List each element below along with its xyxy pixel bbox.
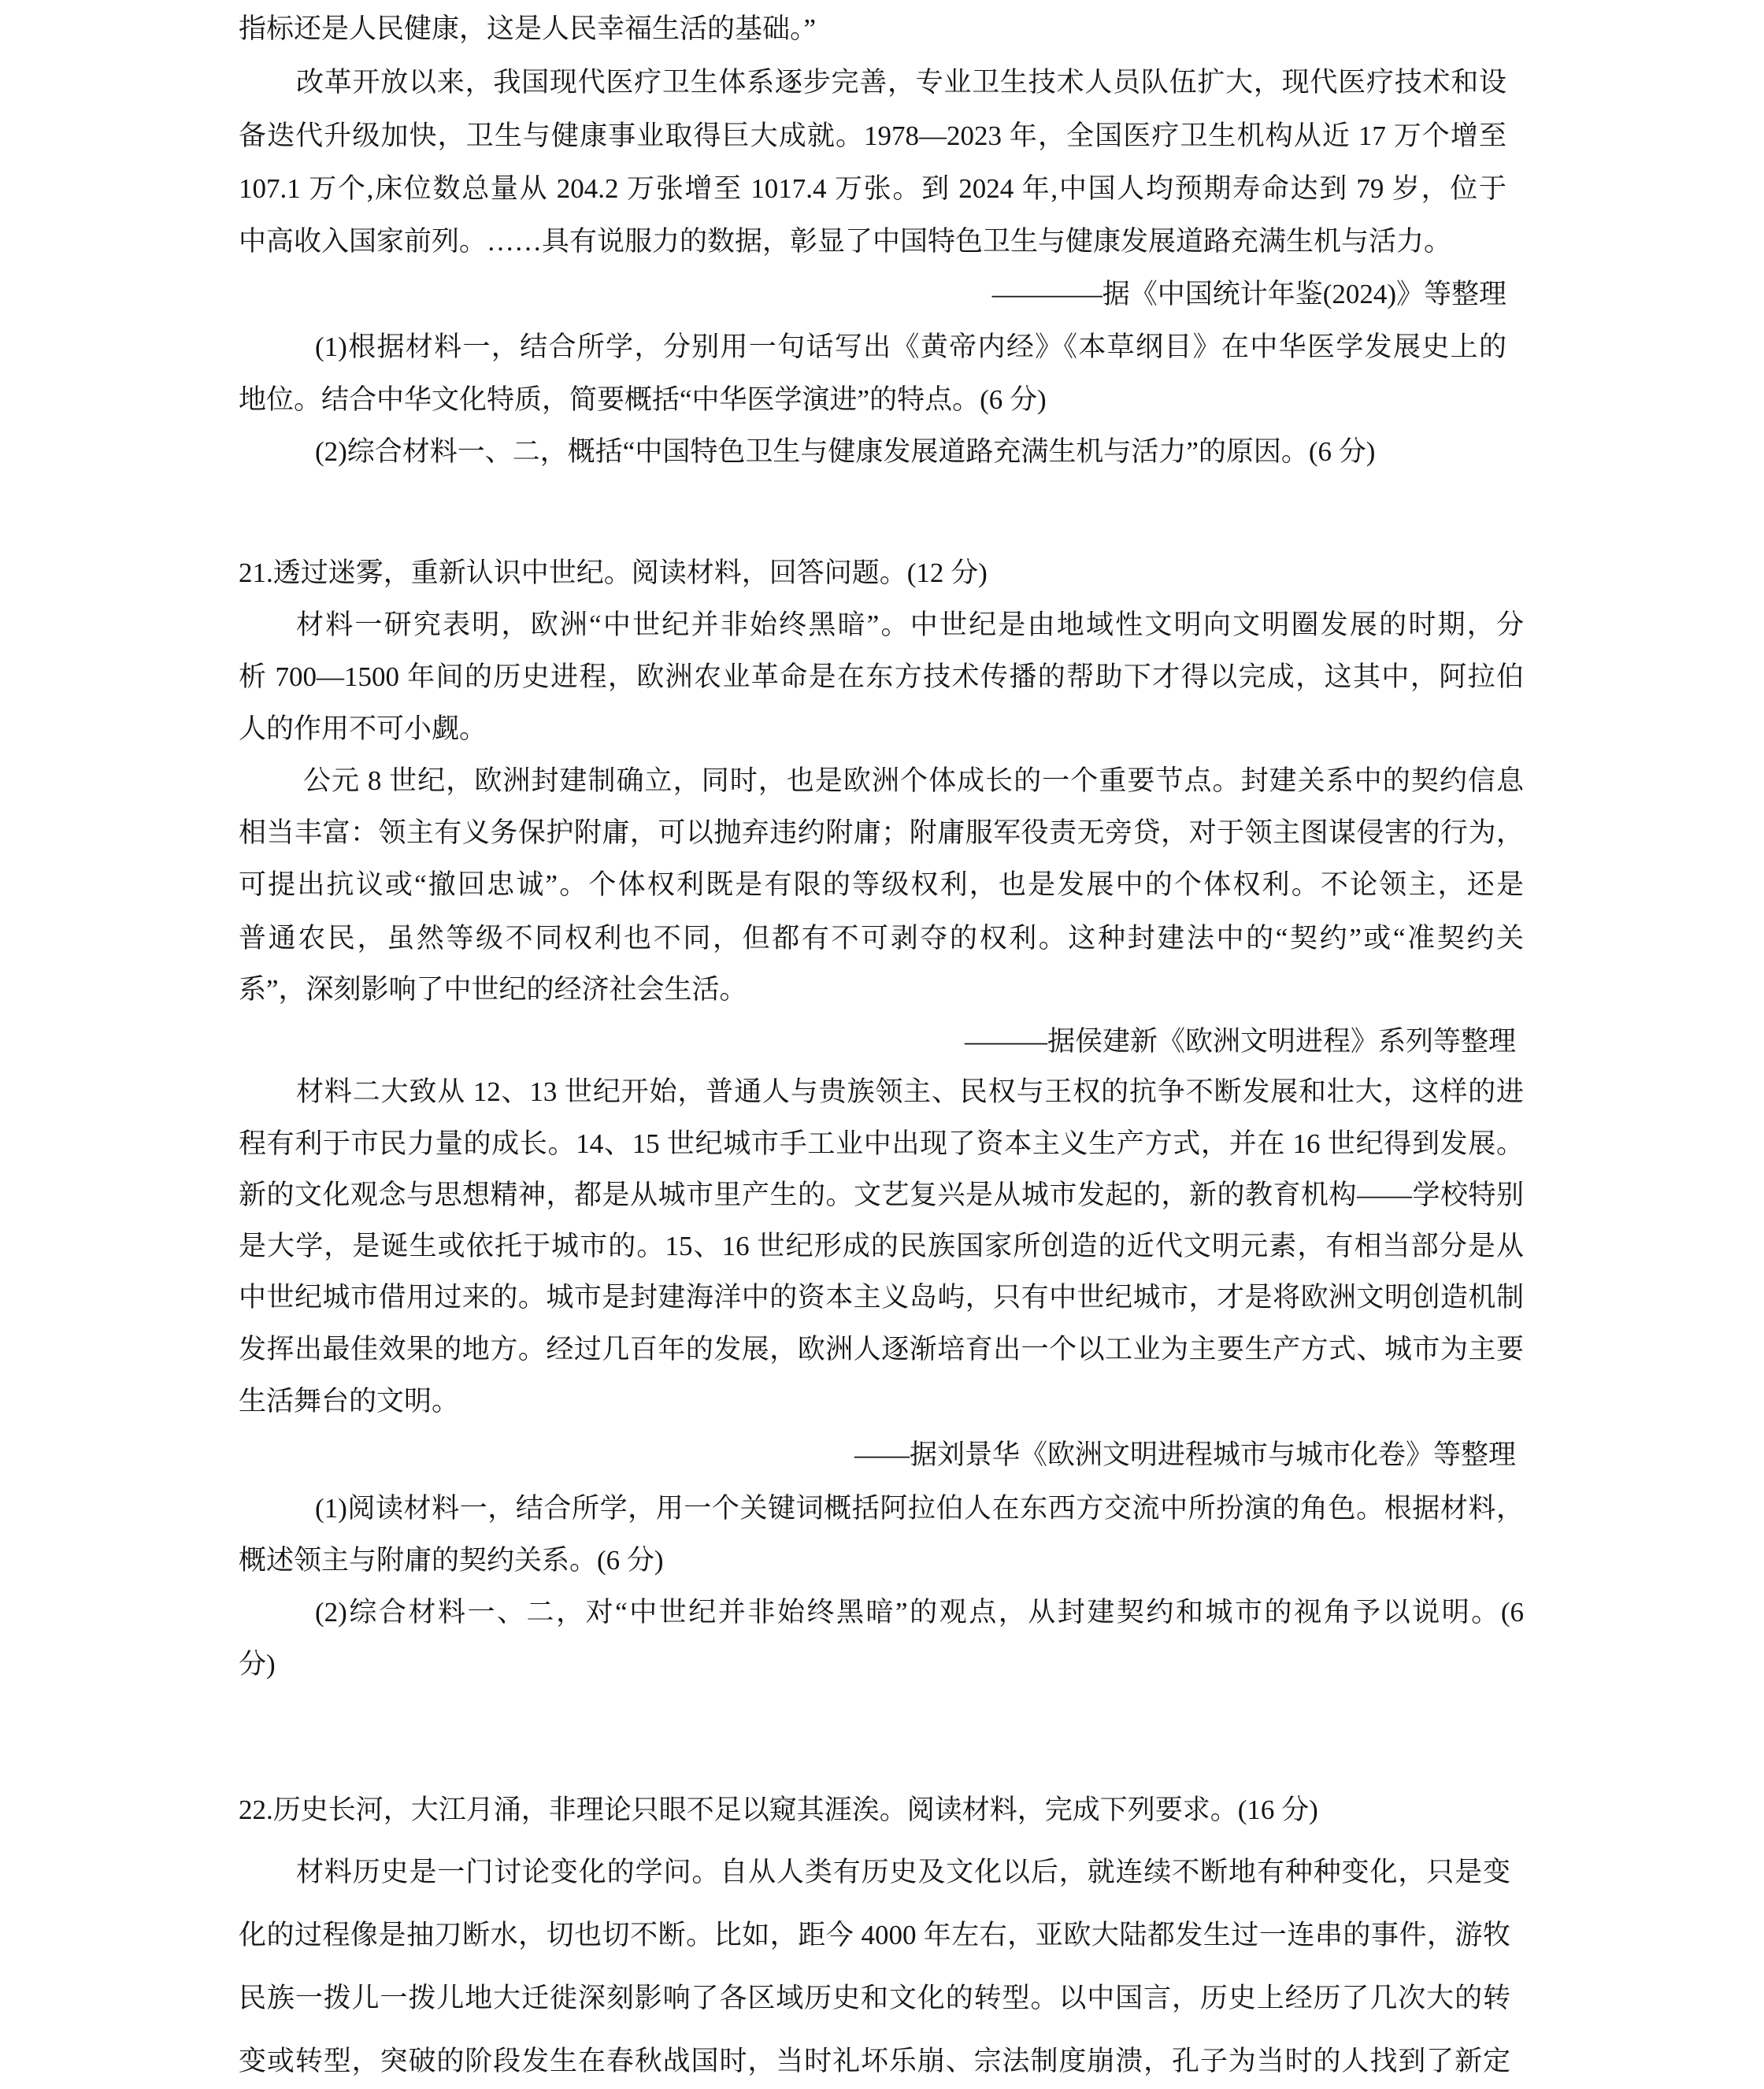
question-stem: 22.历史长河，大江月涌，非理论只眼不足以窥其涯涘。阅读材料，完成下列要求。(1…: [239, 1795, 1510, 1826]
source-attribution: ———据侯建新《欧洲文明进程》系列等整理: [239, 1026, 1516, 1057]
sub-question-2: 分): [239, 1649, 1524, 1680]
sub-question-1: 概述领主与附庸的契约关系。(6 分): [239, 1545, 1524, 1576]
material-line: 中高收入国家前列。……具有说服力的数据，彰显了中国特色卫生与健康发展道路充满生机…: [239, 226, 1506, 257]
material-line: 相当丰富：领主有义务保护附庸，可以抛弃违约附庸；附庸服军役责无旁贷，对于领主图谋…: [239, 817, 1524, 849]
material-line: 发挥出最佳效果的地方。经过几百年的发展，欧洲人逐渐培育出一个以工业为主要生产方式…: [239, 1334, 1524, 1365]
sub-question-1: 地位。结合中华文化特质，简要概括“中华医学演进”的特点。(6 分): [239, 384, 1506, 416]
sub-question-1: (1)根据材料一，结合所学，分别用一句话写出《黄帝内经》《本草纲目》在中华医学发…: [239, 331, 1506, 363]
material-line: 化的过程像是抽刀断水，切也切不断。比如，距今 4000 年左右，亚欧大陆都发生过…: [239, 1920, 1510, 1951]
material-line: 普通农民，虽然等级不同权利也不同，但都有不可剥夺的权利。这种封建法中的“契约”或…: [239, 923, 1524, 954]
material-line: 析 700—1500 年间的历史进程，欧洲农业革命是在东方技术传播的帮助下才得以…: [239, 661, 1524, 693]
sub-question-2: (2)综合材料一、二，概括“中国特色卫生与健康发展道路充满生机与活力”的原因。(…: [239, 436, 1506, 468]
material-line: 材料二大致从 12、13 世纪开始，普通人与贵族领主、民权与王权的抗争不断发展和…: [239, 1076, 1524, 1108]
material-line: 程有利于市民力量的成长。14、15 世纪城市手工业中出现了资本主义生产方式，并在…: [239, 1128, 1524, 1160]
material-line: 是大学，是诞生或依托于城市的。15、16 世纪形成的民族国家所创造的近代文明元素…: [239, 1231, 1524, 1262]
material-line: 备迭代升级加快，卫生与健康事业取得巨大成就。1978—2023 年，全国医疗卫生…: [239, 120, 1506, 152]
material-line: 可提出抗议或“撤回忠诚”。个体权利既是有限的等级权利，也是发展中的个体权利。不论…: [239, 869, 1524, 901]
material-line: 新的文化观念与思想精神，都是从城市里产生的。文艺复兴是从城市发起的，新的教育机构…: [239, 1180, 1524, 1211]
question-stem: 21.透过迷雾，重新认识中世纪。阅读材料，回答问题。(12 分): [239, 557, 1524, 589]
material-line: 材料一研究表明，欧洲“中世纪并非始终黑暗”。中世纪是由地域性文明向文明圈发展的时…: [239, 609, 1524, 641]
material-line: 生活舞台的文明。: [239, 1386, 1524, 1417]
material-line: 改革开放以来，我国现代医疗卫生体系逐步完善，专业卫生技术人员队伍扩大，现代医疗技…: [239, 67, 1506, 98]
source-attribution: ————据《中国统计年鉴(2024)》等整理: [239, 279, 1506, 310]
material-line: 中世纪城市借用过来的。城市是封建海洋中的资本主义岛屿，只有中世纪城市，才是将欧洲…: [239, 1282, 1524, 1313]
source-attribution: ——据刘景华《欧洲文明进程城市与城市化卷》等整理: [239, 1439, 1516, 1471]
material-line: 公元 8 世纪，欧洲封建制确立，同时，也是欧洲个体成长的一个重要节点。封建关系中…: [239, 765, 1524, 797]
material-line: 指标还是人民健康，这是人民幸福生活的基础。”: [239, 13, 1506, 45]
material-line: 民族一拨儿一拨儿地大迁徙深刻影响了各区域历史和文化的转型。以中国言，历史上经历了…: [239, 1983, 1510, 2014]
material-line: 系”，深刻影响了中世纪的经济社会生活。: [239, 974, 1524, 1006]
material-line: 变或转型，突破的阶段发生在春秋战国时，当时礼坏乐崩、宗法制度崩溃，孔子为当时的人…: [239, 2046, 1510, 2077]
material-line: 材料历史是一门讨论变化的学问。自从人类有历史及文化以后，就连续不断地有种种变化，…: [239, 1857, 1510, 1888]
sub-question-2: (2)综合材料一、二，对“中世纪并非始终黑暗”的观点，从封建契约和城市的视角予以…: [239, 1597, 1524, 1628]
material-line: 107.1 万个,床位数总量从 204.2 万张增至 1017.4 万张。到 2…: [239, 173, 1506, 205]
sub-question-1: (1)阅读材料一，结合所学，用一个关键词概括阿拉伯人在东西方交流中所扮演的角色。…: [239, 1493, 1524, 1524]
exam-page: 指标还是人民健康，这是人民幸福生活的基础。” 改革开放以来，我国现代医疗卫生体系…: [0, 0, 1764, 2089]
material-line: 人的作用不可小觑。: [239, 713, 1524, 745]
